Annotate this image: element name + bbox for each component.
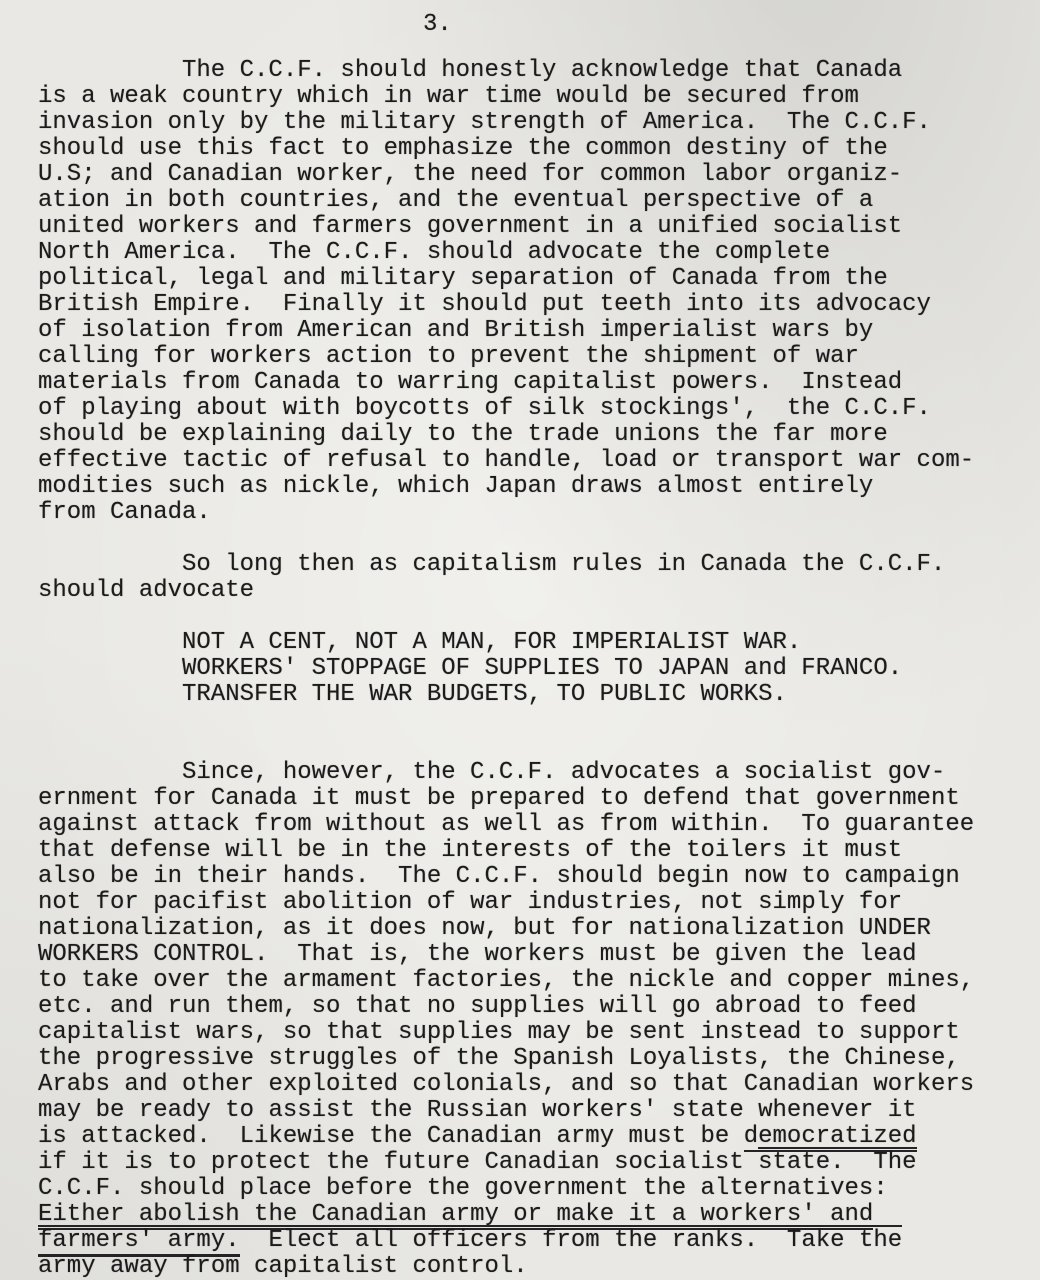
text-line: political, legal and military separation… (38, 266, 1040, 292)
text-segment: of playing about with boycotts of silk s… (38, 395, 931, 422)
text-segment: invasion only by the military strength o… (38, 109, 931, 136)
text-segment: ernment for Canada it must be prepared t… (38, 785, 960, 812)
paragraph-so-long: So long then as capitalism rules in Cana… (38, 552, 1040, 604)
text-segment: army away from capitalist control. (38, 1253, 528, 1280)
text-segment: capitalist wars, so that supplies may be… (38, 1019, 960, 1046)
text-segment: may be ready to assist the Russian worke… (38, 1097, 917, 1124)
text-line: of isolation from American and British i… (38, 318, 1040, 344)
text-segment: against attack from without as well as f… (38, 811, 974, 838)
text-segment: political, legal and military separation… (38, 265, 888, 292)
paragraph-since-however: Since, however, the C.C.F. advocates a s… (38, 760, 1040, 1280)
text-line: not for pacifist abolition of war indust… (38, 890, 1040, 916)
text-segment: ation in both countries, and the eventua… (38, 187, 873, 214)
text-line: nationalization, as it does now, but for… (38, 916, 1040, 942)
text-line: modities such as nickle, which Japan dra… (38, 474, 1040, 500)
text-line: So long then as capitalism rules in Cana… (38, 552, 1040, 578)
text-line: of playing about with boycotts of silk s… (38, 396, 1040, 422)
text-segment: from Canada. (38, 499, 211, 526)
text-line: effective tactic of refusal to handle, l… (38, 448, 1040, 474)
text-line: against attack from without as well as f… (38, 812, 1040, 838)
text-segment: North America. The C.C.F. should advocat… (38, 239, 830, 266)
text-segment: The C.C.F. should honestly acknowledge t… (182, 57, 902, 84)
text-segment: is a weak country which in war time woul… (38, 83, 859, 110)
text-line: should use this fact to emphasize the co… (38, 136, 1040, 162)
text-line: to take over the armament factories, the… (38, 968, 1040, 994)
text-segment: should be explaining daily to the trade … (38, 421, 888, 448)
text-segment: if it is to protect the future Canadian … (38, 1149, 758, 1176)
text-segment: etc. and run them, so that no supplies w… (38, 993, 917, 1020)
text-line: TRANSFER THE WAR BUDGETS, TO PUBLIC WORK… (182, 682, 1040, 708)
text-segment: C.C.F. should place before the governmen… (38, 1175, 888, 1202)
text-segment: WORKERS CONTROL. That is, the workers mu… (38, 941, 917, 968)
text-segment: materials from Canada to warring capital… (38, 369, 902, 396)
text-line: that defense will be in the interests of… (38, 838, 1040, 864)
text-line: from Canada. (38, 500, 1040, 526)
text-segment: to take over the armament factories, the… (38, 967, 974, 994)
paragraph-ccf-acknowledge: The C.C.F. should honestly acknowledge t… (38, 58, 1040, 526)
text-line: British Empire. Finally it should put te… (38, 292, 1040, 318)
text-line: C.C.F. should place before the governmen… (38, 1176, 1040, 1202)
text-line: WORKERS CONTROL. That is, the workers mu… (38, 942, 1040, 968)
text-line: Since, however, the C.C.F. advocates a s… (38, 760, 1040, 786)
text-segment: U.S; and Canadian worker, the need for c… (38, 161, 902, 188)
text-segment: also be in their hands. The C.C.F. shoul… (38, 863, 960, 890)
text-line: U.S; and Canadian worker, the need for c… (38, 162, 1040, 188)
slogan-block: NOT A CENT, NOT A MAN, FOR IMPERIALIST W… (38, 630, 1040, 708)
text-line: capitalist wars, so that supplies may be… (38, 1020, 1040, 1046)
text-segment: that defense will be in the interests of… (38, 837, 902, 864)
text-segment: WORKERS' STOPPAGE OF SUPPLIES TO JAPAN a… (182, 655, 902, 682)
text-line: calling for workers action to prevent th… (38, 344, 1040, 370)
text-segment: modities such as nickle, which Japan dra… (38, 473, 873, 500)
text-line: should be explaining daily to the trade … (38, 422, 1040, 448)
emphasized-text: state. The (758, 1147, 916, 1176)
text-segment: British Empire. Finally it should put te… (38, 291, 931, 318)
text-segment: nationalization, as it does now, but for… (38, 915, 931, 942)
page-number: 3. (38, 12, 1040, 38)
text-segment: effective tactic of refusal to handle, l… (38, 447, 974, 474)
text-segment: TRANSFER THE WAR BUDGETS, TO PUBLIC WORK… (182, 681, 787, 708)
text-segment: is attacked. Likewise the Canadian army … (38, 1123, 744, 1150)
text-line: Arabs and other exploited colonials, and… (38, 1072, 1040, 1098)
text-line: is a weak country which in war time woul… (38, 84, 1040, 110)
text-line: etc. and run them, so that no supplies w… (38, 994, 1040, 1020)
text-segment: NOT A CENT, NOT A MAN, FOR IMPERIALIST W… (182, 629, 801, 656)
text-line: ation in both countries, and the eventua… (38, 188, 1040, 214)
text-segment: the progressive struggles of the Spanish… (38, 1045, 960, 1072)
text-line: if it is to protect the future Canadian … (38, 1150, 1040, 1176)
text-line: may be ready to assist the Russian worke… (38, 1098, 1040, 1124)
text-segment: Since, however, the C.C.F. advocates a s… (182, 759, 945, 786)
text-line: WORKERS' STOPPAGE OF SUPPLIES TO JAPAN a… (182, 656, 1040, 682)
text-segment: not for pacifist abolition of war indust… (38, 889, 902, 916)
text-line: ernment for Canada it must be prepared t… (38, 786, 1040, 812)
text-line: North America. The C.C.F. should advocat… (38, 240, 1040, 266)
text-segment: of isolation from American and British i… (38, 317, 873, 344)
text-segment: Elect all officers from the ranks. Take … (240, 1227, 903, 1254)
text-segment: united workers and farmers government in… (38, 213, 902, 240)
text-line: The C.C.F. should honestly acknowledge t… (38, 58, 1040, 84)
text-segment: should advocate (38, 577, 254, 604)
text-line: invasion only by the military strength o… (38, 110, 1040, 136)
text-line: the progressive struggles of the Spanish… (38, 1046, 1040, 1072)
text-line: united workers and farmers government in… (38, 214, 1040, 240)
text-line: materials from Canada to warring capital… (38, 370, 1040, 396)
text-line: farmers' army. Elect all officers from t… (38, 1228, 1040, 1254)
text-segment: should use this fact to emphasize the co… (38, 135, 888, 162)
document-page: 3. The C.C.F. should honestly acknowledg… (0, 0, 1040, 1280)
text-line: should advocate (38, 578, 1040, 604)
text-segment: calling for workers action to prevent th… (38, 343, 859, 370)
text-line: NOT A CENT, NOT A MAN, FOR IMPERIALIST W… (182, 630, 1040, 656)
text-line: army away from capitalist control. (38, 1254, 1040, 1280)
text-segment: So long then as capitalism rules in Cana… (182, 551, 945, 578)
text-segment: Arabs and other exploited colonials, and… (38, 1071, 974, 1098)
text-line: also be in their hands. The C.C.F. shoul… (38, 864, 1040, 890)
